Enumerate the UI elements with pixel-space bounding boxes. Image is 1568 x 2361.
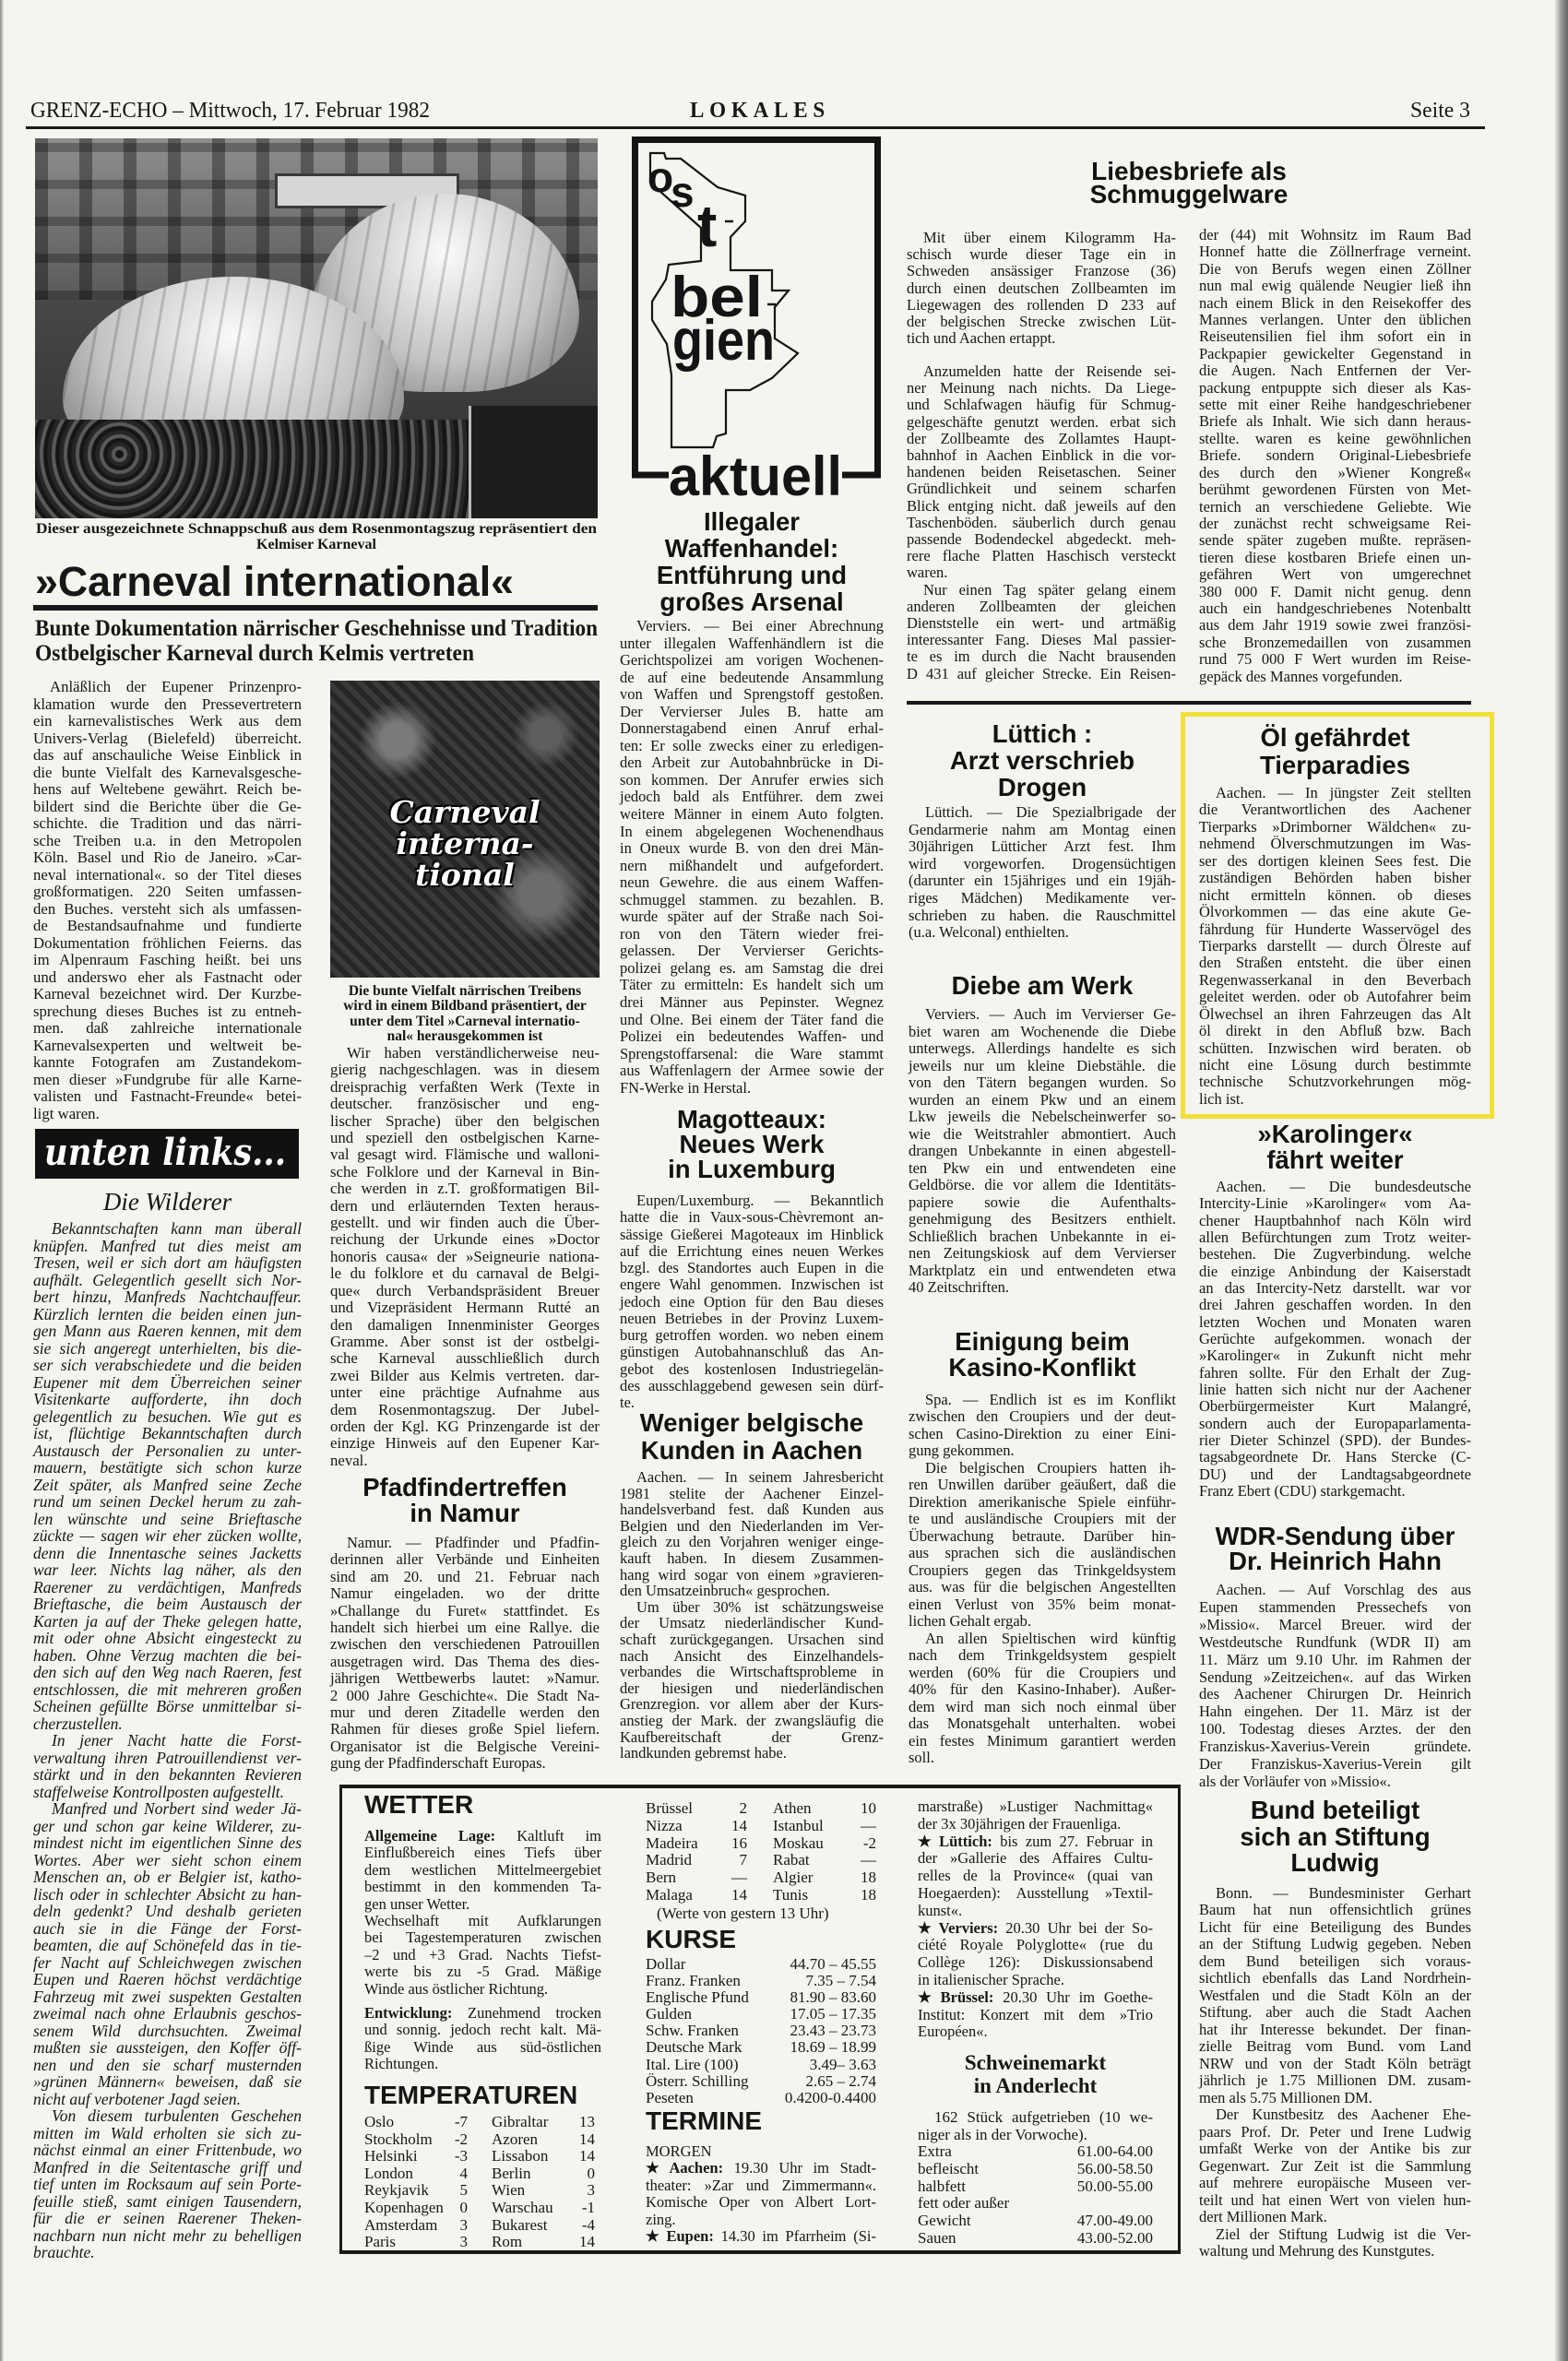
headline-line: Einigung beim <box>909 1329 1176 1355</box>
text-line: durch einen deutschen Zollbeamten im <box>907 280 1176 297</box>
table-cell: fett oder außer <box>918 2195 1009 2213</box>
table-cell: Madeira <box>646 1835 725 1853</box>
text-line: bert hinzu, Manfreds Nachtchauffeur. <box>33 1288 302 1306</box>
text-line: Direktion amerikanische Spiele einführ- <box>909 1494 1176 1511</box>
table-cell: 47.00-49.00 <box>1077 2213 1153 2230</box>
text-line: Sprengstoffarsenal: die Ware stammt <box>620 1046 884 1063</box>
text-line: dreisprachig verfaßten Werk (Texte in <box>330 1079 600 1096</box>
table-row: Brüssel2Athen10 <box>646 1800 876 1818</box>
text-line: Hoegaerden): Ausstellung »Textil- <box>918 1885 1153 1903</box>
line-text: Kaltluft im <box>495 1827 601 1845</box>
text-line: den sich auf den Weg nach Raeren, fest <box>33 1664 302 1681</box>
paragraph: ★ Brüssel: 20.30 Uhr im Goethe-Institut:… <box>918 1989 1153 2041</box>
text-line: ausgetragen wird. Das Thema des dies- <box>330 1654 600 1670</box>
text-line: nächst einmal an einer Frittenbude, wo <box>33 2142 302 2159</box>
text-line: klamation wurde den Pressevertretern <box>33 696 302 714</box>
text-line: Menschen an, ob er Belgier ist, katho- <box>33 1869 302 1886</box>
headline-pfadfinder: Pfadfindertreffen in Namur <box>330 1475 600 1526</box>
table-cell: 7.35 – 7.54 <box>806 1973 877 1989</box>
run-in-label: Allgemeine Lage: <box>364 1827 495 1845</box>
text-line: knüpfen. Manfred tut dies meist am <box>33 1238 302 1255</box>
text-line: an der Stiftung Ludwig gegeben. Neben <box>1199 1936 1471 1952</box>
text-line: rund um seinen Deckel herum zu zah- <box>33 1493 302 1511</box>
paragraph: Aachen. — In jüngster Zeit stelltendie V… <box>1199 785 1471 1108</box>
text-line: Aachen. — Auf Vorschlag des aus <box>1199 1582 1471 1599</box>
text-line: tief unten im Rocksaum auf sein Porte- <box>33 2176 302 2193</box>
text-line: Karten ja auf der Theke gelegen hatte, <box>33 1613 302 1631</box>
table-row: Amsterdam3Bukarest-4 <box>364 2217 595 2235</box>
text-line: Lüttich. — Die Spezialbrigade der <box>909 804 1176 822</box>
text-line: val gesagt wird. Flämische und walloni- <box>330 1146 600 1163</box>
text-line: Gerichtspolizei am vorigen Wochenen- <box>620 652 884 670</box>
headline-line: Bund beteiligt <box>1199 1797 1471 1824</box>
run-in-label: ★ Brüssel: <box>918 1988 993 2006</box>
paragraph: Anläßlich der Eupener Prinzenpro-klamati… <box>33 679 302 1122</box>
text-line: Tresen, weil er sich dort am häufigsten <box>33 1254 302 1272</box>
text-line: die bunte Vielfalt des Karnevalsgesche- <box>33 765 302 782</box>
book-title-line: tional <box>330 860 600 891</box>
text-line: Austausch der Personalien zu unter- <box>33 1442 302 1460</box>
text-line: de auf eine bedeutende Ansammlung <box>620 670 884 687</box>
text-line: ein karnevalistisches Werk aus dem <box>33 713 302 730</box>
table-cell: 0 <box>445 2200 468 2217</box>
line-text: 19.30 Uhr im Stadt- <box>723 2159 876 2177</box>
text-line: werte bis zu -5 Grad. Mäßige <box>364 1964 601 1980</box>
text-line: für die er seinen Raerener Theken- <box>33 2210 302 2227</box>
article-body-carneval-col1: Anläßlich der Eupener Prinzenpro-klamati… <box>33 679 302 1122</box>
table-cell: Franz. Franken <box>646 1973 741 1989</box>
text-line: burg getroffen worden. wo neben einem <box>620 1327 884 1344</box>
text-line: hatte die in Vaux-sous-Chèvremont an- <box>620 1209 884 1226</box>
table-cell: Bern <box>646 1869 725 1887</box>
text-line: sind am 20. und 21. Februar nach <box>330 1569 600 1585</box>
text-line: Ölwechsel an ihren Fahrzeugen das Alt <box>1199 1006 1471 1023</box>
text-line: die einzige Anbindung der Kaiserstadt <box>1199 1264 1471 1280</box>
table-cell: 14 <box>725 1818 747 1835</box>
text-line: ist, flüchtige Bekanntschaften durch <box>33 1425 302 1442</box>
text-line: son kommen. Der Anrufer erwies sich <box>620 772 884 789</box>
paragraph: Aachen. — Auf Vorschlag des ausEupen sta… <box>1199 1582 1471 1791</box>
text-line: zuständigen Behörden haben bisher <box>1199 870 1471 886</box>
text-line: lichen Gehalt ergab. <box>909 1613 1176 1630</box>
table-row: Helsinki-3Lissabon14 <box>364 2148 595 2165</box>
text-line: bestimmt in den kommenden Ta- <box>364 1879 601 1895</box>
text-line: Hahn eingehen. Der 11. März ist der <box>1199 1703 1471 1721</box>
headline-kasino: Einigung beim Kasino-Konflikt <box>909 1329 1176 1381</box>
text-line: len wünschte und seine Brieftasche <box>33 1511 302 1528</box>
run-in-label: ★ Aachen: <box>646 2159 723 2177</box>
text-line: NRW und von der Stadt Köln beträgt <box>1199 2056 1471 2072</box>
paragraph: MORGEN <box>646 2143 876 2160</box>
text-line: Licht für eine Beteiligung des Bundes <box>1199 1919 1471 1936</box>
text-line: rund 75 000 F Wert wurden im Reise- <box>1199 651 1471 668</box>
text-line: Reiseutensilien fiel ihm sofort ein in <box>1199 328 1471 345</box>
headline-line: in Anderlecht <box>918 2074 1153 2097</box>
text-line: Verviers. — Bei einer Abrechnung <box>620 618 884 635</box>
headline-magotteaux: Magotteaux: Neues Werk in Luxemburg <box>620 1107 884 1181</box>
text-line: der Umsatz niederländischer Kund- <box>620 1615 884 1631</box>
text-line: dert Millionen Mark. <box>1199 2209 1471 2225</box>
article-body-carneval-col2: Wir haben verständlicherweise neu-gierig… <box>330 1045 600 1469</box>
text-line: wurden an einem Pkw und an einem <box>909 1092 1176 1109</box>
text-line: soll. <box>909 1750 1176 1766</box>
wetter-title: WETTER <box>364 1792 473 1818</box>
text-line: und Vizepräsident Hermann Rutté an <box>330 1299 600 1316</box>
table-cell: -3 <box>445 2148 468 2165</box>
text-line: Briefe als Inhalt. Wie sich dann heraus- <box>1199 413 1471 430</box>
text-line: Aachen. — In jüngster Zeit stellten <box>1199 785 1471 801</box>
table-cell: Brüssel <box>646 1800 725 1818</box>
text-line: auch ein handgeschriebenes Notenbaltt <box>1199 600 1471 617</box>
text-line: honoris causa« der »Seigneurie nationa- <box>330 1249 600 1265</box>
text-line: genehmigung des Besitzers enthielt. <box>909 1211 1176 1228</box>
text-line: Tierparks »Drimborner Wäldchen« zu- <box>1199 819 1471 836</box>
text-line: kannte Fotografen am Zustandekom- <box>33 1054 302 1072</box>
article-body-oel: Aachen. — In jüngster Zeit stelltendie V… <box>1199 785 1471 1108</box>
text-line: den Arbeit zur Autobahnbrücke in Di- <box>620 754 884 772</box>
text-line: schen Casino-Direktion zu einer Eini- <box>909 1426 1176 1442</box>
text-line: einen Verlust von 35% beim monat- <box>909 1596 1176 1613</box>
text-line: den damaligen Innenminister Georges <box>330 1317 600 1334</box>
text-line: Dienststelle ein wert- und artmäßig <box>907 615 1176 632</box>
text-line: ser sich verabschiedete und die beiden <box>33 1357 302 1374</box>
table-cell: 3.49– 3.63 <box>810 2057 876 2073</box>
text-line: Bonn. — Bundesminister Gerhart <box>1199 1885 1471 1902</box>
table-cell: 50.00-55.00 <box>1077 2178 1153 2196</box>
text-line: Kürzlich lernten die beiden einen jun- <box>33 1306 302 1323</box>
table-cell: Kopenhagen <box>364 2200 445 2217</box>
text-line: drei Jahren geschaffen worden. In den <box>1199 1297 1471 1313</box>
text-line: Polizei ein bedeutendes Waffen- und <box>620 1028 884 1046</box>
text-line: Nur einen Tag später gelang einem <box>907 582 1176 599</box>
text-line: 40 Zeitschriften. <box>909 1279 1176 1297</box>
text-line: Intercity-Linie »Karolinger« vom Aa- <box>1199 1195 1471 1212</box>
text-line: Mannes verlangen. Unter den üblichen <box>1199 312 1471 328</box>
text-line: Donnerstagabend einen Anruf erhal- <box>620 720 884 738</box>
temperaturen-title: TEMPERATUREN <box>364 2082 577 2108</box>
table-cell: Stockholm <box>364 2131 445 2149</box>
caption-line: wird in einem Bildband präsentiert, der <box>330 999 600 1014</box>
text-line: Wir haben verständlicherweise neu- <box>330 1045 600 1062</box>
text-line: Brieftasche, die beim Austausch der <box>33 1596 302 1613</box>
table-row: Peseten0.4200-0.4400 <box>646 2090 876 2106</box>
table-row: Gulden17.05 – 17.35 <box>646 2006 876 2023</box>
headline-line: Illegaler <box>620 508 884 535</box>
text-line: Belgien und den Niederlanden im Ver- <box>620 1518 884 1535</box>
text-line: ßige Winde aus süd-östlichen <box>364 2039 601 2056</box>
text-line: rere flache Platten Haschisch versteckt <box>907 548 1176 564</box>
text-line: schisch wurde dieser Tage ein in <box>907 246 1176 263</box>
unten-links-logo: unten links... <box>35 1129 299 1179</box>
text-line: polizei gelang es. am Samstag die drei <box>620 960 884 978</box>
table-cell: Algier <box>773 1869 854 1887</box>
paragraph: Verviers. — Bei einer Abrechnungunter il… <box>620 618 884 1097</box>
text-line: »Challange du Furet« stattfindet. Es <box>330 1603 600 1619</box>
headline-luettich: Lüttich : Arzt verschrieb Drogen <box>909 720 1176 801</box>
text-line: den Umsatzeinbruch« gesprochen. <box>620 1583 884 1599</box>
text-line: des Aachener Chirurgen Dr. Heinrich <box>1199 1686 1471 1703</box>
text-line: linie hatten sich nicht nur der Aachener <box>1199 1382 1471 1398</box>
text-line: verbandes die Wirtschaftsprobleme in <box>620 1664 884 1680</box>
text-line: unter eine prächtige Aufnahme aus <box>330 1384 600 1401</box>
table-cell: Gibraltar <box>492 2114 573 2131</box>
text-line: »Missio«. Marcel Breuer. wird der <box>1199 1617 1471 1634</box>
text-line: anstieg der Mark. der zwangsläufig die <box>620 1713 884 1729</box>
text-line: des ausschlaggebend gewesen sein dürf- <box>620 1378 884 1394</box>
text-line: Täter zu ermitteln: Es handelt sich um <box>620 977 884 994</box>
paragraph: Bonn. — Bundesminister GerhartBaum hat n… <box>1199 1885 1471 2106</box>
text-line: Oberbürgermeister Kurt Malangré, <box>1199 1398 1471 1415</box>
temperature-note: (Werte von gestern 13 Uhr) <box>657 1905 829 1922</box>
text-line: ★ Aachen: 19.30 Uhr im Stadt- <box>646 2160 876 2177</box>
text-line: Manfred in die Seitentasche griff und <box>33 2159 302 2177</box>
table-cell: 3 <box>445 2217 468 2235</box>
termine-title: TERMINE <box>646 2108 762 2134</box>
table-cell: Ital. Lire (100) <box>646 2057 739 2073</box>
text-line: und anderswo eher als Fastnacht oder <box>33 969 302 987</box>
text-line: im Alpenraum Fasching heißt. bei uns <box>33 952 302 969</box>
text-line: nun mal ewig quälende Neugier ließ ihn <box>1199 278 1471 294</box>
text-line: interessanter Fang. Dieses Mal passier- <box>907 632 1176 648</box>
table-row: Deutsche Mark18.69 – 18.99 <box>646 2039 876 2056</box>
line-text: bis zum 27. Februar in <box>992 1833 1153 1850</box>
text-line: technische Schutzvorkehrungen mög- <box>1199 1074 1471 1090</box>
text-line: deutscher. französischer und eng- <box>330 1096 600 1112</box>
text-line: ger und schon gar keine Wilderer, zu- <box>33 1818 302 1835</box>
text-line: papiere sowie die Aufenthalts- <box>909 1194 1176 1212</box>
text-line: In einem abgelegenen Wochenendhaus <box>620 824 884 841</box>
text-line: sche Karneval ausschließlich durch <box>330 1350 600 1367</box>
run-in-label: ★ Eupen: <box>646 2227 714 2245</box>
table-row: Kopenhagen0Warschau-1 <box>364 2200 595 2217</box>
text-line: Regenwasserkanal in den Beverbach <box>1199 972 1471 989</box>
text-line: ser des dortigen kleinen Sees fest. Die <box>1199 853 1471 870</box>
paragraph: Von diesem turbulenten Geschehenmitten i… <box>33 2107 302 2261</box>
text-line: zwischen den verschiedenen Patrouillen <box>330 1636 600 1653</box>
scan-edge-left <box>0 0 4 2361</box>
table-cell: Sauen <box>918 2230 956 2248</box>
text-line: fährdung für Hunderte Wasservögel des <box>1199 921 1471 938</box>
text-line: Scheinen gefüllte Börse unmittelbar si- <box>33 1698 302 1715</box>
text-line: sende später zugeben mußte. repräsen- <box>1199 532 1471 549</box>
text-line: ternich an verschiedene Geliebte. Wie <box>1199 499 1471 516</box>
text-line: men. daß zahlreiche internationale <box>33 1020 302 1038</box>
table-cell: Madrid <box>646 1852 725 1869</box>
table-cell: 23.43 – 23.73 <box>790 2023 877 2039</box>
text-line: von Waffen und Sprengstoff gestoßen. <box>620 686 884 704</box>
text-line: engere Wahl genommen. Inzwischen ist <box>620 1276 884 1293</box>
text-line: zwischen den Croupiers und der deut- <box>909 1408 1176 1425</box>
text-line: brauchte. <box>33 2244 302 2261</box>
text-line: Ziel der Stiftung Ludwig ist die Ver- <box>1199 2226 1471 2243</box>
text-line: stellte. waren es keine gewöhnlichen <box>1199 431 1471 447</box>
table-row: Englische Pfund81.90 – 83.60 <box>646 1989 876 2006</box>
paragraph: Wechselhaft mit Aufklarungenbei Tagestem… <box>364 1913 601 1998</box>
line-text: 20.30 Uhr im Goethe- <box>993 1988 1153 2006</box>
section-title: LOKALES <box>690 98 830 124</box>
text-line: jeweils nur um kleine Diebstähle. die <box>909 1058 1176 1075</box>
table-cell: 18 <box>854 1887 876 1904</box>
termine-col2: marstraße) »Lustiger Nachmittag«der 3x 3… <box>918 1798 1153 2041</box>
text-line: 380 000 F. Damit nicht genug. denn <box>1199 584 1471 600</box>
text-line: derinnen aller Verbände und Einheiten <box>330 1551 600 1568</box>
text-line: Anläßlich der Eupener Prinzenpro- <box>33 679 302 696</box>
text-line: Winde aus östlicher Richtung. <box>364 1981 601 1998</box>
paragraph: Anzumelden hatte der Reisende sei-ner Me… <box>907 363 1176 582</box>
text-line: Institut: Konzert mit dem »Trio <box>918 2007 1153 2024</box>
text-line: Anzumelden hatte der Reisende sei- <box>907 363 1176 380</box>
text-line: Honnef hatte die Zöllnerfrage verneint. <box>1199 243 1471 260</box>
text-line: gung der Pfadfinderschaft Europas. <box>330 1755 600 1772</box>
text-line: de Bestandsaufnahme und fundierte <box>33 918 302 935</box>
page-number: Seite 3 <box>1410 98 1470 124</box>
book-title-line: interna- <box>330 828 600 860</box>
text-line: Der Kunstbesitz des Aachener Ehe- <box>1199 2106 1471 2123</box>
paragraph: Allgemeine Lage: Kaltluft imEinflußberei… <box>364 1828 601 1913</box>
paragraph: Bekanntschaften kann man überallknüpfen.… <box>33 1220 302 1732</box>
text-line: Franziskus-Xaverius-Verein gründete. <box>1199 1738 1471 1756</box>
text-line: sche Bronzemedaillen von zusammen <box>1199 635 1471 651</box>
text-line: umfaßt Werke von der Antike bis zur <box>1199 2141 1471 2157</box>
text-line: das auf anschauliche Weise Einblick in <box>33 747 302 765</box>
text-line: Ölvorkommen — das eine akute Ge- <box>1199 904 1471 920</box>
text-line: Schweden ansässiger Franzose (36) <box>907 263 1176 279</box>
text-line: hens auf Weltebene gewährt. Reich be- <box>33 781 302 799</box>
line-text: Zunehmend trocken <box>452 2004 601 2022</box>
caption-line: Die bunte Vielfalt närrischen Treibens <box>330 984 600 999</box>
text-line: nach Ansicht des Einzelhandels- <box>620 1648 884 1665</box>
text-line: theater: »Zar und Zimmermann«. <box>646 2177 876 2194</box>
exchange-rate-table: Dollar44.70 – 45.55Franz. Franken7.35 – … <box>646 1956 876 2106</box>
text-line: bestehen. Die Zugverbindung. welche <box>1199 1246 1471 1263</box>
text-line: ron von den Tätern wieder frei- <box>620 926 884 943</box>
article-body-weniger-kunden: Aachen. — In seinem Jahresbericht1981 st… <box>620 1469 884 1762</box>
text-line: Lkw jeweils die Nebelscheinwerfer so- <box>909 1109 1176 1126</box>
text-line: paars Prof. Dr. Peter und Irene Ludwig <box>1199 2124 1471 2141</box>
text-line: hat ihr Interesse bekundet. Der finan- <box>1199 2022 1471 2038</box>
text-line: waren. <box>907 564 1176 581</box>
section-rule <box>907 701 1471 705</box>
text-line: entschlossen, die mit mehreren großen <box>33 1681 302 1699</box>
text-line: bzgl. des Standortes auch Eupen in die <box>620 1260 884 1276</box>
text-line: nehmend Ölverschmutzungen im Was- <box>1199 836 1471 852</box>
table-row: Bern—Algier18 <box>646 1869 876 1887</box>
table-cell: 56.00-58.50 <box>1077 2161 1153 2178</box>
headline-wdr: WDR-Sendung über Dr. Heinrich Hahn <box>1199 1524 1471 1573</box>
text-line: Die von Berufs wegen einen Zöllner <box>1199 261 1471 278</box>
text-line: valisten und Fastnacht-Freunde« betei- <box>33 1088 302 1106</box>
text-line: 30jährigen Lütticher Arzt fest. Ihm <box>909 838 1176 856</box>
text-line: passende Bodendeckel abgedeckt. meh- <box>907 531 1176 548</box>
table-cell: 0 <box>573 2165 595 2183</box>
text-line: Spa. — Endlich ist es im Konflikt <box>909 1392 1176 1408</box>
text-line: mitten im Wald erholten sie sich zu- <box>33 2125 302 2142</box>
text-line: gelgeschäfte genutzt werden. erbat sich <box>907 414 1176 431</box>
table-cell: London <box>364 2165 445 2183</box>
table-row: Stockholm-2Azoren14 <box>364 2131 595 2149</box>
text-line: als der Vorläufer von »Missio«. <box>1199 1774 1471 1791</box>
text-line: Die belgischen Croupiers hatten ih- <box>909 1460 1176 1477</box>
text-line: relles de la Province« (quai van <box>918 1868 1153 1885</box>
article-body-liebesbriefe-col1: Mit über einem Kilogramm Ha-schisch wurd… <box>907 230 1176 682</box>
text-line: neuen Betriebes in der Provinz Luxem- <box>620 1311 884 1327</box>
temperature-table-b: Brüssel2Athen10Nizza14Istanbul—Madeira16… <box>646 1800 876 1904</box>
headline-carneval: »Carneval international« <box>35 559 514 605</box>
table-row: halbfett50.00-55.00 <box>918 2178 1153 2196</box>
text-line: wie die Weitstrahler abmontiert. Auch <box>909 1126 1176 1144</box>
table-cell: Peseten <box>646 2090 694 2106</box>
text-line: reichung der Urkunde eines »Doctor <box>330 1231 600 1248</box>
table-cell: 18.69 – 18.99 <box>790 2039 877 2056</box>
headline-karolinger: »Karolinger« fährt weiter <box>1199 1121 1471 1173</box>
paragraph: Der Kunstbesitz des Aachener Ehe-paars P… <box>1199 2106 1471 2225</box>
text-line: niger als in der Vorwoche). <box>918 2126 1153 2143</box>
table-cell: Berlin <box>492 2165 573 2183</box>
text-line: Liegewagen des rollenden D 233 auf <box>907 297 1176 314</box>
paragraph: Verviers. — Auch im Vervierser Ge-biet w… <box>909 1006 1176 1297</box>
text-line: Überwachung betraute. Darüber hin- <box>909 1528 1176 1545</box>
text-line: Zeit später, als Manfred seine Zeche <box>33 1477 302 1494</box>
headline-line: Kunden in Aachen <box>620 1437 884 1465</box>
table-cell: 5 <box>445 2182 468 2200</box>
paragraph: der (44) mit Wohnsitz im Raum BadHonnef … <box>1199 227 1471 685</box>
headline-line: Lüttich : <box>909 720 1176 747</box>
text-line: großformatigen. 220 Seiten umfassen- <box>33 884 302 901</box>
paragraph: Manfred und Norbert sind weder Jä-ger un… <box>33 1800 302 2107</box>
paragraph: Um über 30% ist schätzungsweiseder Umsat… <box>620 1599 884 1762</box>
text-line: sichtlich ebenfalls das Land Nordrhein- <box>1199 1970 1471 1987</box>
paragraph: ★ Lüttich: bis zum 27. Februar inder »Ga… <box>918 1833 1153 1920</box>
table-cell: 14 <box>573 2131 595 2149</box>
table-row: Oslo-7Gibraltar13 <box>364 2114 595 2131</box>
paragraph: Nur einen Tag später gelang einemanderen… <box>907 582 1176 682</box>
text-line: sie sich angeregt unterhielten, bis die- <box>33 1340 302 1358</box>
article-body-diebe: Verviers. — Auch im Vervierser Ge-biet w… <box>909 1006 1176 1297</box>
table-cell: 4 <box>445 2165 468 2183</box>
text-line: Organisator ist die Belgische Vereini- <box>330 1738 600 1755</box>
text-line: neun Gewehre. die aus einem Waffen- <box>620 874 884 892</box>
table-cell: — <box>725 1869 747 1887</box>
text-line: schütten. Inzwischen wird beraten. ob <box>1199 1040 1471 1057</box>
text-line: te und ausländische Croupiers mit der <box>909 1511 1176 1527</box>
article-body-luettich: Lüttich. — Die Spezialbrigade derGendarm… <box>909 804 1176 942</box>
table-row: Madrid7Rabat— <box>646 1852 876 1869</box>
paragraph: Eupen/Luxemburg. — Bekanntlichhatte die … <box>620 1192 884 1411</box>
table-cell: 17.05 – 17.35 <box>790 2006 877 2023</box>
headline-line: Dr. Heinrich Hahn <box>1199 1548 1471 1573</box>
text-line: Karnevalsexperten und weltweit be- <box>33 1038 302 1055</box>
text-line: wurde später auf der Straße nach Soi- <box>620 908 884 926</box>
text-line: Mit über einem Kilogramm Ha- <box>907 230 1176 246</box>
book-title-line: Carneval <box>330 797 600 828</box>
table-cell: 44.70 – 45.55 <box>790 1956 877 1973</box>
text-line: Richtungen. <box>364 2056 601 2072</box>
text-line: tich und Aachen ertappt. <box>907 330 1176 347</box>
text-line: dem westlichen Mittelmeergebiet <box>364 1862 601 1879</box>
text-line: Eupen und Raeren höchst verdächtige <box>33 1971 302 1988</box>
text-line: waltung und Mehrung des Kunstgutes. <box>1199 2243 1471 2260</box>
book-cover-photo: Carneval interna- tional <box>330 681 600 978</box>
text-line: Köln. Basel und Rio de Janeiro. »Car- <box>33 849 302 867</box>
headline-line: Arzt verschrieb <box>909 747 1176 774</box>
column-logo-text: unten links... <box>44 1131 286 1175</box>
headline-oel: Öl gefährdet Tierparadies <box>1199 724 1471 779</box>
table-cell: Istanbul <box>773 1818 854 1835</box>
text-line: zielle Beitrag vom Bund. vom Land <box>1199 2038 1471 2055</box>
paragraph: Die belgischen Croupiers hatten ih-ren U… <box>909 1460 1176 1631</box>
text-line: ein festes Minimum garantiert werden <box>909 1733 1176 1750</box>
text-line: ten: Er solle zwecks einer zu erledigen- <box>620 738 884 755</box>
